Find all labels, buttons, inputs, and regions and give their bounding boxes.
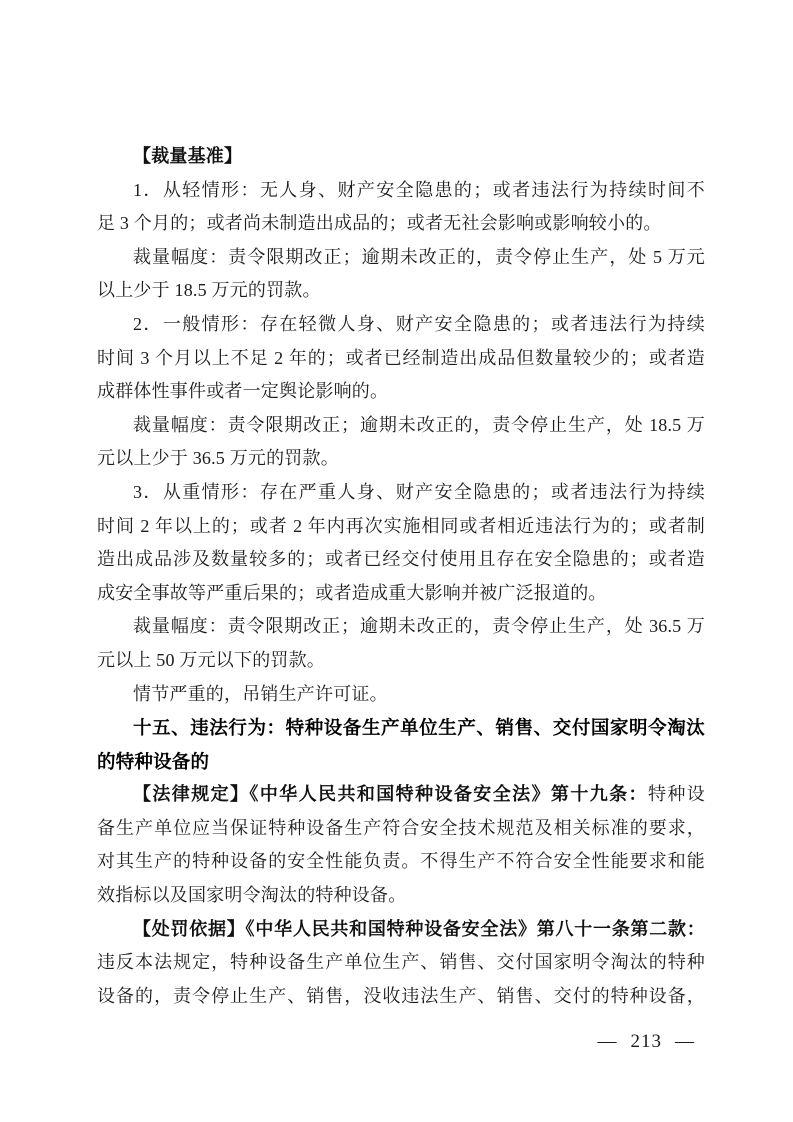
paragraph-legal-provision: 【法律规定】《中华人民共和国特种设备安全法》第十九条：特种设备生产单位应当保证特…	[97, 778, 705, 912]
footer-dash-left: —	[598, 1031, 618, 1053]
text-line: 足 3 个月的；或者尚未制造出成品的；或者无社会影响或影响较小的。	[97, 207, 705, 241]
text-line: 裁量幅度：责令限期改正；逾期未改正的，责令停止生产，处 5 万元	[97, 241, 705, 275]
section-heading-text: 的特种设备的	[97, 751, 209, 772]
body-text: 1．从轻情形：无人身、财产安全隐患的；或者违法行为持续时间不	[133, 180, 705, 200]
text-line: 元以上 50 万元以下的罚款。	[97, 644, 705, 678]
body-text: 备生产单位应当保证特种设备生产符合安全技术规范及相关标准的要求，	[97, 818, 705, 838]
body-text: 裁量幅度：责令限期改正；逾期未改正的，责令停止生产，处 5 万元	[133, 247, 705, 267]
text-line: 造出成品涉及数量较多的；或者已经交付使用且存在安全隐患的；或者造	[97, 543, 705, 577]
text-line: 对其生产的特种设备的安全性能负责。不得生产不符合安全性能要求和能	[97, 845, 705, 879]
body-text: 成安全事故等严重后果的；或者造成重大影响并被广泛报道的。	[97, 583, 607, 603]
paragraph-general-range: 裁量幅度：责令限期改正；逾期未改正的，责令停止生产，处 18.5 万元以上少于 …	[97, 409, 705, 476]
body-text: 造出成品涉及数量较多的；或者已经交付使用且存在安全隐患的；或者造	[97, 549, 705, 569]
text-line: 时间 2 年以上的；或者 2 年内再次实施相同或者相近违法行为的；或者制	[97, 510, 705, 544]
body-text: 足 3 个月的；或者尚未制造出成品的；或者无社会影响或影响较小的。	[97, 213, 662, 233]
body-text: 违反本法规定，特种设备生产单位生产、销售、交付国家明令淘汰的特种	[97, 952, 705, 972]
text-line: 元以上少于 36.5 万元的罚款。	[97, 442, 705, 476]
text-line: 设备的，责令停止生产、销售，没收违法生产、销售、交付的特种设备，	[97, 980, 705, 1014]
text-line: 【裁量基准】	[97, 140, 705, 174]
body-text: 元以上少于 36.5 万元的罚款。	[97, 448, 339, 468]
text-line: 效指标以及国家明令淘汰的特种设备。	[97, 879, 705, 913]
body-text: 元以上 50 万元以下的罚款。	[97, 650, 325, 670]
paragraph-general-circumstance: 2．一般情形：存在轻微人身、财产安全隐患的；或者违法行为持续时间 3 个月以上不…	[97, 308, 705, 409]
paragraph-lenient-circumstance: 1．从轻情形：无人身、财产安全隐患的；或者违法行为持续时间不足 3 个月的；或者…	[97, 174, 705, 241]
text-line: 情节严重的，吊销生产许可证。	[97, 678, 705, 712]
body-text: 效指标以及国家明令淘汰的特种设备。	[97, 885, 406, 905]
paragraph-penalty-basis: 【处罚依据】《中华人民共和国特种设备安全法》第八十一条第二款：违反本法规定，特种…	[97, 913, 705, 1014]
body-text: 特种设	[648, 784, 705, 804]
body-text: 成群体性事件或者一定舆论影响的。	[97, 381, 388, 401]
page-footer: — 213 —	[598, 1031, 696, 1053]
body-text: 情节严重的，吊销生产许可证。	[133, 684, 388, 704]
text-line: 备生产单位应当保证特种设备生产符合安全技术规范及相关标准的要求，	[97, 812, 705, 846]
paragraph-severe-circumstance: 3．从重情形：存在严重人身、财产安全隐患的；或者违法行为持续时间 2 年以上的；…	[97, 476, 705, 610]
paragraph-lenient-range: 裁量幅度：责令限期改正；逾期未改正的，责令停止生产，处 5 万元以上少于 18.…	[97, 241, 705, 308]
text-line: 违反本法规定，特种设备生产单位生产、销售、交付国家明令淘汰的特种	[97, 946, 705, 980]
document-body: 【裁量基准】1．从轻情形：无人身、财产安全隐患的；或者违法行为持续时间不足 3 …	[97, 140, 705, 1013]
body-text: 时间 2 年以上的；或者 2 年内再次实施相同或者相近违法行为的；或者制	[97, 516, 705, 536]
paragraph-discretion-standard-label: 【裁量基准】	[97, 140, 705, 174]
text-line: 【法律规定】《中华人民共和国特种设备安全法》第十九条：特种设	[97, 778, 705, 812]
text-line: 十五、违法行为：特种设备生产单位生产、销售、交付国家明令淘汰	[97, 711, 705, 745]
text-line: 裁量幅度：责令限期改正；逾期未改正的，责令停止生产，处 36.5 万	[97, 610, 705, 644]
page-number: 213	[631, 1031, 663, 1053]
body-text: 2．一般情形：存在轻微人身、财产安全隐患的；或者违法行为持续	[133, 314, 705, 334]
section-heading-text: 十五、违法行为：特种设备生产单位生产、销售、交付国家明令淘汰	[133, 717, 705, 738]
document-page: 【裁量基准】1．从轻情形：无人身、财产安全隐患的；或者违法行为持续时间不足 3 …	[0, 0, 793, 1122]
text-line: 2．一般情形：存在轻微人身、财产安全隐患的；或者违法行为持续	[97, 308, 705, 342]
body-text: 裁量幅度：责令限期改正；逾期未改正的，责令停止生产，处 18.5 万	[133, 415, 705, 435]
text-line: 以上少于 18.5 万元的罚款。	[97, 274, 705, 308]
text-line: 的特种设备的	[97, 745, 705, 779]
text-line: 1．从轻情形：无人身、财产安全隐患的；或者违法行为持续时间不	[97, 174, 705, 208]
body-text: 时间 3 个月以上不足 2 年的；或者已经制造出成品但数量较少的；或者造	[97, 348, 705, 368]
paragraph-violation-15-heading: 十五、违法行为：特种设备生产单位生产、销售、交付国家明令淘汰的特种设备的	[97, 711, 705, 778]
text-line: 成群体性事件或者一定舆论影响的。	[97, 375, 705, 409]
label-text: 【处罚依据】《中华人民共和国特种设备安全法》第八十一条第二款：	[133, 919, 705, 939]
text-line: 【处罚依据】《中华人民共和国特种设备安全法》第八十一条第二款：	[97, 913, 705, 947]
label-text: 【法律规定】《中华人民共和国特种设备安全法》第十九条：	[133, 784, 648, 804]
body-text: 裁量幅度：责令限期改正；逾期未改正的，责令停止生产，处 36.5 万	[133, 616, 705, 636]
body-text: 对其生产的特种设备的安全性能负责。不得生产不符合安全性能要求和能	[97, 851, 705, 871]
text-line: 裁量幅度：责令限期改正；逾期未改正的，责令停止生产，处 18.5 万	[97, 409, 705, 443]
text-line: 成安全事故等严重后果的；或者造成重大影响并被广泛报道的。	[97, 577, 705, 611]
text-line: 3．从重情形：存在严重人身、财产安全隐患的；或者违法行为持续	[97, 476, 705, 510]
paragraph-license-revocation: 情节严重的，吊销生产许可证。	[97, 678, 705, 712]
label-text: 【裁量基准】	[133, 146, 242, 166]
paragraph-severe-range: 裁量幅度：责令限期改正；逾期未改正的，责令停止生产，处 36.5 万元以上 50…	[97, 610, 705, 677]
body-text: 3．从重情形：存在严重人身、财产安全隐患的；或者违法行为持续	[133, 482, 705, 502]
body-text: 设备的，责令停止生产、销售，没收违法生产、销售、交付的特种设备，	[97, 986, 705, 1006]
text-line: 时间 3 个月以上不足 2 年的；或者已经制造出成品但数量较少的；或者造	[97, 342, 705, 376]
body-text: 以上少于 18.5 万元的罚款。	[97, 280, 321, 300]
footer-dash-right: —	[675, 1031, 695, 1053]
